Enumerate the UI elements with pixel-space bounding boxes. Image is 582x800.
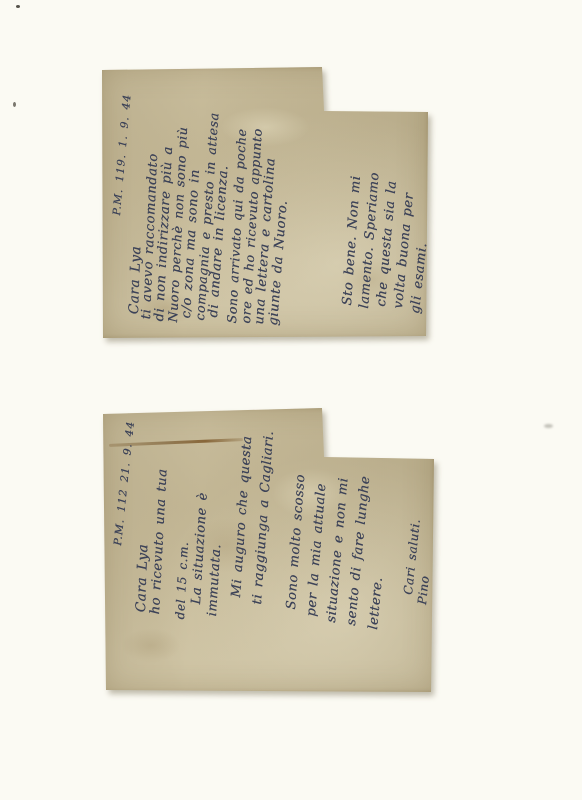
handwritten-line: ho ricevuto una tua [148,468,171,615]
handwritten-line: Sono molto scosso [284,474,308,610]
postcard-top: P.M. 119. 1. 9. 44 Cara Lya ti avevo rac… [100,67,428,338]
scanned-page: P.M. 119. 1. 9. 44 Cara Lya ti avevo rac… [0,0,582,800]
handwritten-line: immutata. [205,543,224,616]
handwritten-line: del 15 c.m. [173,541,191,619]
scanner-speck [16,5,20,8]
paper-stain [121,628,181,663]
scanner-smudge [544,424,553,428]
signature-line: Pino [415,575,432,606]
scanner-speck [13,102,16,107]
handwritten-line: lettere. [366,576,386,630]
postcard-bottom: P.M. 112 21. 9. 44 Cara Lya ho ricevuto … [101,408,434,692]
postmark-line: P.M. 119. 1. 9. 44 [111,93,134,216]
postmark-line: P.M. 112 21. 9. 44 [112,420,137,546]
postcard-top-paper: P.M. 119. 1. 9. 44 Cara Lya ti avevo rac… [100,67,428,338]
postcard-bottom-paper: P.M. 112 21. 9. 44 Cara Lya ho ricevuto … [101,408,434,692]
handwritten-line: ti raggiunga a Cagliari. [250,430,277,605]
